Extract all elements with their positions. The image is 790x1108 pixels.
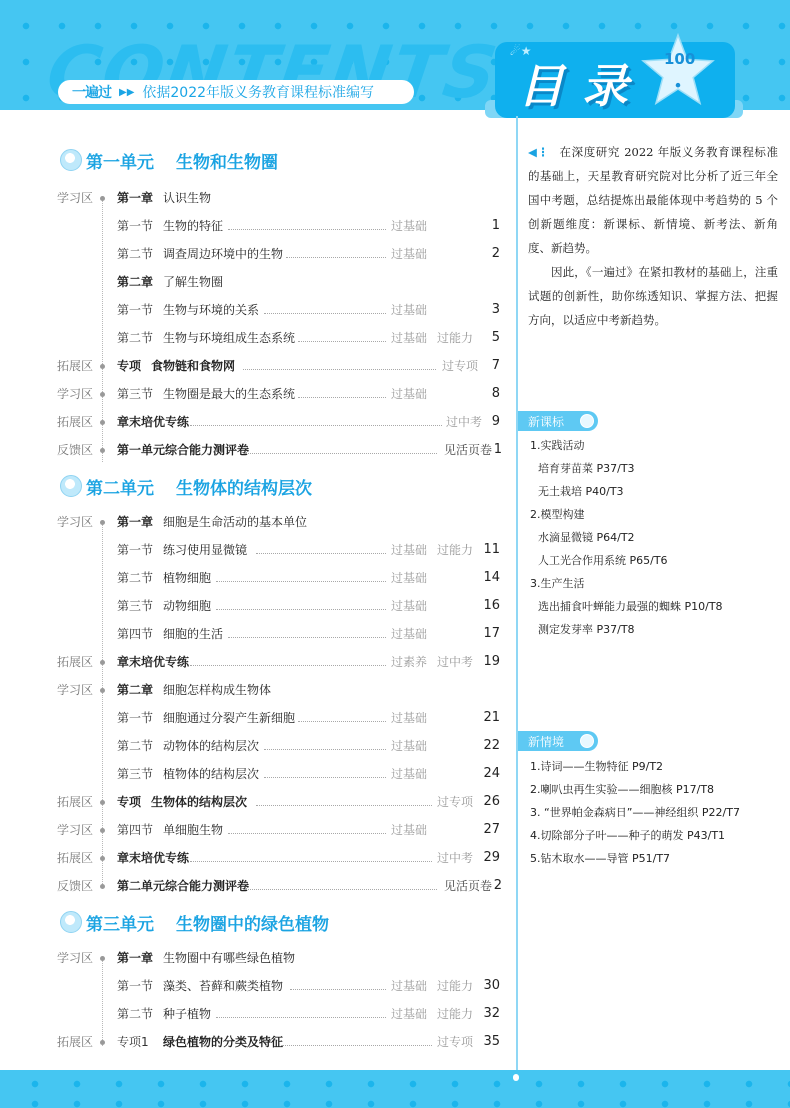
- toc-row[interactable]: 拓展区 专项食物链和食物网 过专项 7: [0, 356, 510, 376]
- intro-text: ◀⋮在深度研究 2022 年版义务教育课程标准的基础上，天星教育研究院对比分析了…: [528, 140, 778, 332]
- toc-row[interactable]: 第一节生物与环境的关系 过基础 3: [0, 300, 510, 320]
- bullet-dot: [100, 688, 105, 693]
- zone-label: 反馈区: [57, 876, 93, 896]
- dot-leader: [264, 730, 386, 750]
- toc-chapter-row[interactable]: 学习区 第二章细胞怎样构成生物体: [0, 680, 510, 700]
- tag: 过专项: [437, 792, 473, 812]
- unit-heading[interactable]: 第二单元 生物体的结构层次: [60, 474, 312, 498]
- tag: 过基础: [391, 708, 427, 728]
- list-item: 2.喇叭虫再生实验——细胞核 P17/T8: [530, 778, 780, 801]
- bullet-dot: [100, 884, 105, 889]
- page-number: 1: [470, 216, 500, 236]
- bullet-dot: [100, 956, 105, 961]
- page-number: 2: [470, 244, 500, 264]
- list-item: 3. “世界帕金森病日”——神经组织 P22/T7: [530, 801, 780, 824]
- bullet-dot: [100, 364, 105, 369]
- toc-row[interactable]: 第一节练习使用显微镜 过基础 过能力 11: [0, 540, 510, 560]
- tag: 过能力: [437, 976, 473, 996]
- page-number: 22: [470, 736, 500, 756]
- page-number: 29: [470, 848, 500, 868]
- zone-label: 反馈区: [57, 440, 93, 460]
- dot-leader: [243, 350, 436, 370]
- tagline-pill: 一遍过 ▶▶ 依据2022年版义务教育课程标准编写: [58, 80, 414, 104]
- tag: 过基础: [391, 216, 427, 236]
- tag: 过中考: [437, 652, 473, 672]
- dot-leader: [264, 294, 386, 314]
- toc-row[interactable]: 学习区 第四节单细胞生物 过基础 27: [0, 820, 510, 840]
- dot-leader: [216, 562, 386, 582]
- zone-label: 学习区: [57, 188, 93, 208]
- dot-leader: [245, 870, 437, 890]
- unit-heading[interactable]: 第三单元 生物圈中的绿色植物: [60, 910, 329, 934]
- dot-leader: [216, 590, 386, 610]
- line-end-dot: [513, 1074, 519, 1081]
- tag: 过基础: [391, 596, 427, 616]
- toc-row[interactable]: 第一节细胞通过分裂产生新细胞 过基础 21: [0, 708, 510, 728]
- dot-leader: [190, 406, 442, 426]
- dot-leader: [190, 646, 386, 666]
- list-item: 1.实践活动: [530, 434, 780, 457]
- page-number: 5: [470, 328, 500, 348]
- tag: 过专项: [437, 1032, 473, 1052]
- tag: 过基础: [391, 568, 427, 588]
- dot-leader: [256, 534, 386, 554]
- bullet-dot: [100, 800, 105, 805]
- zone-label: 拓展区: [57, 792, 93, 812]
- dot-leader: [298, 702, 386, 722]
- toc-row[interactable]: 第一节藻类、苔藓和蕨类植物 过基础 过能力 30: [0, 976, 510, 996]
- bullet-dot: [100, 856, 105, 861]
- zone-label: 拓展区: [57, 412, 93, 432]
- toc-row[interactable]: 第二节动物体的结构层次 过基础 22: [0, 736, 510, 756]
- tag: 过基础: [391, 328, 427, 348]
- tag: 过能力: [437, 540, 473, 560]
- bullet-dot: [100, 448, 105, 453]
- page-number: 3: [470, 300, 500, 320]
- page-number: 8: [470, 384, 500, 404]
- page-number: 2: [472, 876, 502, 896]
- bullet-dot: [100, 520, 105, 525]
- toc-row[interactable]: 拓展区 专项1绿色植物的分类及特征 过专项 35: [0, 1032, 510, 1052]
- side-list-new-context: 1.诗词——生物特征 P9/T2 2.喇叭虫再生实验——细胞核 P17/T8 3…: [530, 755, 780, 870]
- toc-row[interactable]: 拓展区 专项生物体的结构层次 过专项 26: [0, 792, 510, 812]
- list-item: 选出捕食叶蝉能力最强的蜘蛛 P10/T8: [530, 595, 780, 618]
- list-item: 3.生产生活: [530, 572, 780, 595]
- page-number: 21: [470, 708, 500, 728]
- dot-leader: [245, 434, 437, 454]
- dot-leader: [298, 322, 386, 342]
- tag: 过基础: [391, 764, 427, 784]
- toc-row[interactable]: 拓展区 章末培优专练 过素养 过中考 19: [0, 652, 510, 672]
- toc-row[interactable]: 学习区 第三节生物圈是最大的生态系统 过基础 8: [0, 384, 510, 404]
- page-number: 7: [470, 356, 500, 376]
- star-mascot-icon: [60, 911, 82, 933]
- page-number: 16: [470, 596, 500, 616]
- dot-leader: [290, 970, 386, 990]
- page-number: 32: [470, 1004, 500, 1024]
- bullet-dot: [100, 392, 105, 397]
- toc-row[interactable]: 第三节动物细胞 过基础 16: [0, 596, 510, 616]
- star-mascot-icon: [640, 32, 716, 108]
- list-item: 人工光合作用系统 P65/T6: [530, 549, 780, 572]
- tag: 过能力: [437, 328, 473, 348]
- dot-leader: [256, 786, 432, 806]
- page-number: 24: [470, 764, 500, 784]
- tag: 过基础: [391, 540, 427, 560]
- list-item: 培育芽苗菜 P37/T3: [530, 457, 780, 480]
- tag: 过基础: [391, 820, 427, 840]
- side-tag-new-curriculum: 新课标: [518, 411, 598, 431]
- tag: 过基础: [391, 1004, 427, 1024]
- list-item: 水滴显微镜 P64/T2: [530, 526, 780, 549]
- dot-leader: [190, 842, 432, 862]
- column-divider: [516, 116, 518, 1076]
- toc-row[interactable]: 第二节生物与环境组成生态系统 过基础 过能力 5: [0, 328, 510, 348]
- double-arrow-icon: ▶▶: [119, 87, 134, 98]
- toc-row[interactable]: 反馈区 第二单元综合能力测评卷 见活页卷 2: [0, 876, 510, 896]
- tagline-text: 依据2022年版义务教育课程标准编写: [142, 82, 374, 102]
- dot-leader: [228, 618, 386, 638]
- list-item: 测定发芽率 P37/T8: [530, 618, 780, 641]
- mascot-badge: 100: [664, 50, 695, 68]
- page-number: 11: [470, 540, 500, 560]
- page-number: 35: [470, 1032, 500, 1052]
- toc-chapter-row[interactable]: 学习区 第一章细胞是生命活动的基本单位: [0, 512, 510, 532]
- star-mascot-icon: [60, 149, 82, 171]
- side-tag-new-context: 新情境: [518, 731, 598, 751]
- zone-label: 学习区: [57, 680, 93, 700]
- toc-row[interactable]: 拓展区 章末培优专练 过中考 29: [0, 848, 510, 868]
- zone-label: 拓展区: [57, 356, 93, 376]
- toc-chapter-row[interactable]: 学习区 第一章认识生物: [0, 188, 510, 208]
- dot-leader: [228, 814, 386, 834]
- bullet-dot: [100, 420, 105, 425]
- bullet-dot: [100, 828, 105, 833]
- toc-row[interactable]: 反馈区 第一单元综合能力测评卷 见活页卷 1: [0, 440, 510, 460]
- zone-label: 学习区: [57, 820, 93, 840]
- badge-icon: [580, 734, 594, 748]
- tag: 过基础: [391, 300, 427, 320]
- zone-label: 拓展区: [57, 848, 93, 868]
- zone-label: 拓展区: [57, 652, 93, 672]
- tag: 过能力: [437, 1004, 473, 1024]
- dot-leader: [228, 210, 386, 230]
- list-item: 1.诗词——生物特征 P9/T2: [530, 755, 780, 778]
- page-number: 27: [470, 820, 500, 840]
- page-number: 9: [470, 412, 500, 432]
- page-title: 目录: [518, 50, 646, 116]
- bullet-dot: [100, 1040, 105, 1045]
- toc-row[interactable]: 第三节植物体的结构层次 过基础 24: [0, 764, 510, 784]
- toc-row[interactable]: 第二节调查周边环境中的生物 过基础 2: [0, 244, 510, 264]
- zone-label: 学习区: [57, 384, 93, 404]
- toc-chapter-row[interactable]: 第二章了解生物圈: [0, 272, 510, 292]
- star-mascot-icon: [60, 475, 82, 497]
- list-item: 5.钻木取水——导管 P51/T7: [530, 847, 780, 870]
- toc-chapter-row[interactable]: 学习区 第一章生物圈中有哪些绿色植物: [0, 948, 510, 968]
- toc-row[interactable]: 第二节种子植物 过基础 过能力 32: [0, 1004, 510, 1024]
- dot-leader: [282, 1026, 432, 1046]
- page-number: 14: [470, 568, 500, 588]
- dot-leader: [286, 238, 386, 258]
- side-list-new-curriculum: 1.实践活动 培育芽苗菜 P37/T3 无土栽培 P40/T3 2.模型构建 水…: [530, 434, 780, 641]
- speaker-icon: ◀⋮: [528, 145, 549, 159]
- toc-row[interactable]: 拓展区 章末培优专练 过中考 9: [0, 412, 510, 432]
- tag: 过素养: [391, 652, 427, 672]
- page-number: 19: [470, 652, 500, 672]
- toc-row[interactable]: 第四节细胞的生活 过基础 17: [0, 624, 510, 644]
- list-item: 2.模型构建: [530, 503, 780, 526]
- footer-banner: [0, 1070, 790, 1108]
- tag: 过基础: [391, 624, 427, 644]
- badge-icon: [580, 414, 594, 428]
- toc-row[interactable]: 第一节生物的特征 过基础 1: [0, 216, 510, 236]
- zone-label: 学习区: [57, 948, 93, 968]
- dot-leader: [216, 998, 386, 1018]
- page-number: 30: [470, 976, 500, 996]
- toc-row[interactable]: 第二节植物细胞 过基础 14: [0, 568, 510, 588]
- page-number: 1: [472, 440, 502, 460]
- list-item: 4.切除部分子叶——种子的萌发 P43/T1: [530, 824, 780, 847]
- unit-heading[interactable]: 第一单元 生物和生物圈: [60, 148, 278, 172]
- list-item: 无土栽培 P40/T3: [530, 480, 780, 503]
- tag: 过基础: [391, 384, 427, 404]
- zone-label: 学习区: [57, 512, 93, 532]
- brand-logo: 一遍过: [72, 82, 111, 102]
- zone-label: 拓展区: [57, 1032, 93, 1052]
- page-number: 17: [470, 624, 500, 644]
- dot-leader: [264, 758, 386, 778]
- bullet-dot: [100, 196, 105, 201]
- tag: 过基础: [391, 736, 427, 756]
- tag: 过基础: [391, 976, 427, 996]
- tag: 过中考: [437, 848, 473, 868]
- tag: 过基础: [391, 244, 427, 264]
- page-number: 26: [470, 792, 500, 812]
- bullet-dot: [100, 660, 105, 665]
- dot-leader: [298, 378, 386, 398]
